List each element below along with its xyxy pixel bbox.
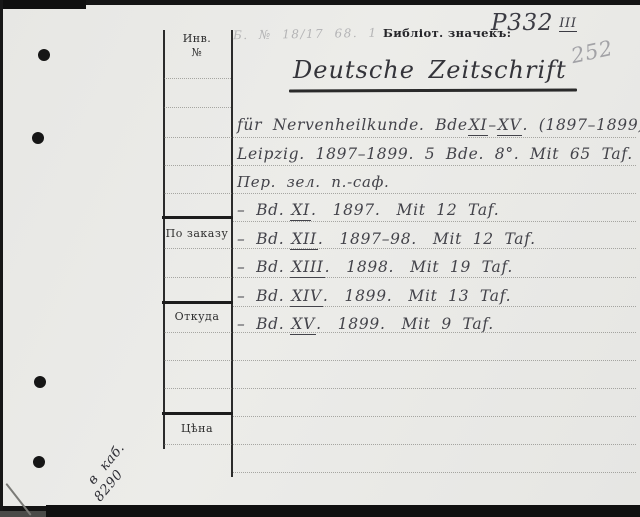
label-column-right-line [231, 30, 233, 477]
binding-note: Пер. зел. п.-саф. [237, 173, 390, 191]
entry-volume-number: XII [290, 230, 317, 250]
punch-hole [33, 456, 45, 468]
entry-separator: . [323, 287, 329, 305]
entry-plates: Mit 19 Taf. [410, 258, 513, 276]
entry-year: 1897–98. [339, 230, 416, 248]
entry-plates: Mit 12 Taf. [433, 230, 536, 248]
scan-edge-top-corner [0, 0, 86, 9]
ruled-line [164, 137, 636, 138]
label-inventory-line1: Инв. [163, 32, 231, 46]
library-mark-suffix: III [559, 16, 577, 32]
ruled-line [164, 248, 636, 249]
entry-year: 1899. [338, 315, 386, 333]
punch-hole [32, 132, 44, 144]
entry-volume-label: – Bd. [237, 315, 284, 333]
catalog-entry: – Bd.XII.1897–98.Mit 12 Taf. [237, 230, 536, 248]
journal-title: Deutsche Zeitschrift [293, 56, 567, 84]
library-mark-number: Р332 [491, 10, 553, 36]
ruled-line [233, 221, 636, 222]
library-mark-value: Р332III [491, 10, 577, 36]
entry-volume-label: – Bd. [237, 201, 284, 219]
label-column-separator [162, 301, 233, 304]
entry-volume-label: – Bd. [237, 258, 284, 276]
ruled-line [164, 388, 636, 389]
entry-plates: Mit 12 Taf. [397, 201, 500, 219]
punch-hole [38, 49, 50, 61]
ruled-line [164, 107, 231, 108]
catalog-entry: – Bd.XIII.1898.Mit 19 Taf. [237, 258, 513, 276]
subtitle-volume-from: XI [468, 116, 489, 136]
ruled-line [164, 277, 636, 278]
label-by-order: По заказу [163, 227, 231, 241]
label-column-separator [162, 412, 233, 415]
subtitle-text: für Nervenheilkunde. Bde [237, 116, 468, 134]
scan-edge-bottom [46, 505, 640, 517]
ruled-line [233, 416, 636, 417]
punch-hole [34, 376, 46, 388]
entry-plates: Mit 9 Taf. [402, 315, 494, 333]
label-inventory-line2: № [163, 46, 231, 60]
entry-volume-number: XI [290, 201, 311, 221]
entry-year: 1897. [333, 201, 381, 219]
entry-plates: Mit 13 Taf. [408, 287, 511, 305]
entry-volume-label: – Bd. [237, 230, 284, 248]
imprint-line: Leipzig. 1897–1899. 5 Bde. 8°. Mit 65 Ta… [237, 145, 633, 163]
subtitle-volume-to: XV [497, 116, 523, 136]
ruled-line [164, 360, 636, 361]
pencil-scribble: Б. № 18/17 68. 1 [233, 26, 378, 43]
catalog-entry: – Bd.XI.1897.Mit 12 Taf. [237, 201, 499, 219]
subtitle-years: . (1897–1899). [522, 116, 640, 134]
label-price: Цѣна [163, 422, 231, 436]
entry-year: 1898. [346, 258, 394, 276]
journal-subtitle: für Nervenheilkunde. BdeXI–XV. (1897–189… [237, 116, 640, 134]
ruled-line [233, 472, 636, 473]
label-column-separator [162, 216, 233, 219]
ruled-line [164, 193, 636, 194]
ruled-line [164, 444, 636, 445]
entry-volume-number: XV [290, 315, 316, 335]
scan-edge-left [0, 0, 3, 517]
subtitle-dash: – [488, 116, 496, 134]
entry-separator: . [311, 201, 317, 219]
ruled-line [164, 165, 636, 166]
label-origin: Откуда [163, 310, 231, 324]
catalog-entry: – Bd.XV.1899.Mit 9 Taf. [237, 315, 494, 333]
scan-edge-bottom-left [0, 511, 46, 517]
entry-volume-number: XIV [290, 287, 322, 307]
ruled-line [164, 78, 231, 79]
entry-separator: . [316, 315, 322, 333]
entry-separator: . [325, 258, 331, 276]
entry-volume-label: – Bd. [237, 287, 284, 305]
scanned-catalog-card: Инв. № По заказу Откуда Цѣна Б. № 18/17 … [0, 0, 640, 517]
scan-edge-top [0, 0, 640, 5]
label-inventory-number: Инв. № [163, 32, 231, 60]
catalog-entry: – Bd.XIV.1899.Mit 13 Taf. [237, 287, 511, 305]
entry-volume-number: XIII [290, 258, 324, 278]
entry-year: 1899. [345, 287, 393, 305]
entry-separator: . [318, 230, 324, 248]
